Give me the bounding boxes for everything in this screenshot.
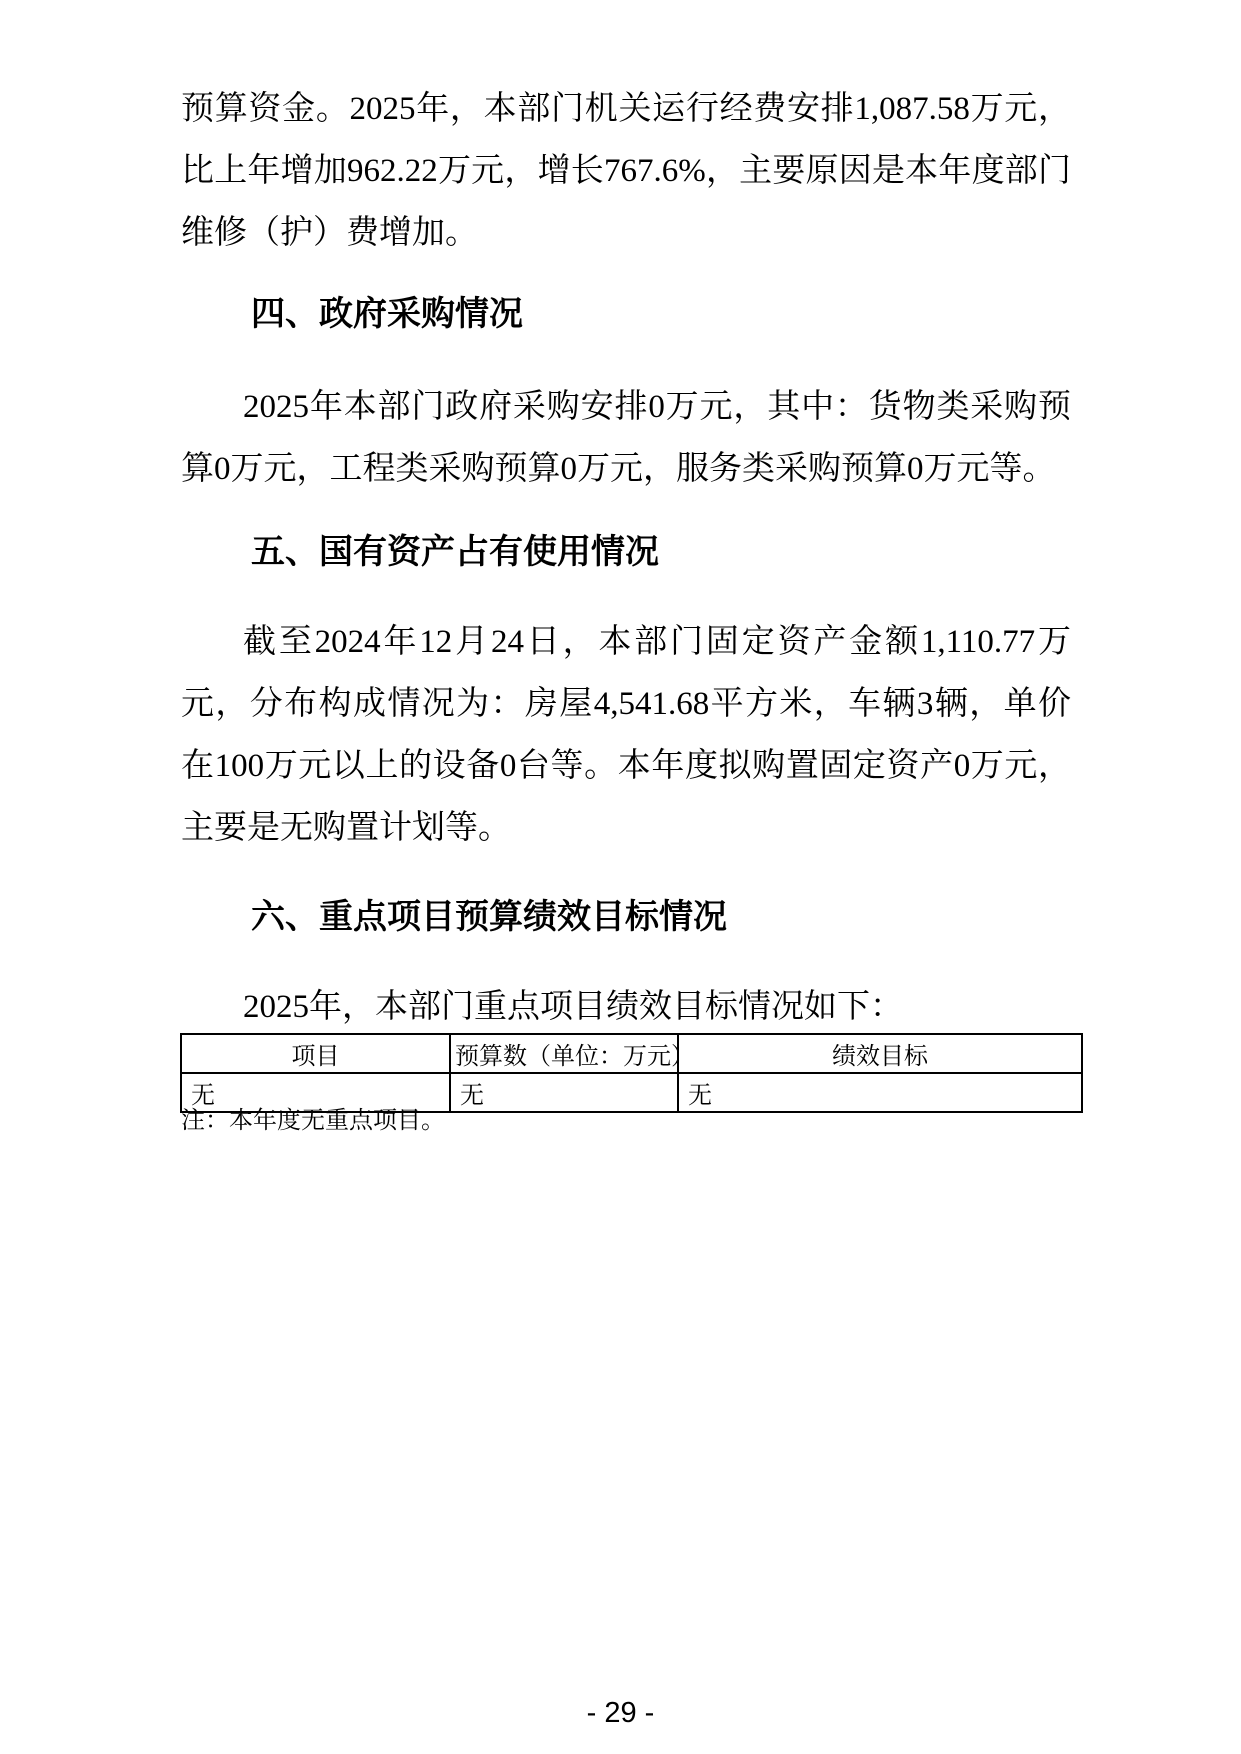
table-header-budget-amount: 预算数（单位：万元）	[450, 1034, 678, 1073]
heading-section-6-key-projects: 六、重点项目预算绩效目标情况	[181, 896, 1071, 938]
paragraph-gov-procurement: 2025年本部门政府采购安排0万元，其中：货物类采购预算0万元，工程类采购预算0…	[181, 376, 1071, 500]
heading-section-5-state-assets: 五、国有资产占有使用情况	[181, 531, 1071, 573]
performance-target-table: 项目 预算数（单位：万元） 绩效目标 无 无 无	[180, 1033, 1083, 1113]
table-header-row: 项目 预算数（单位：万元） 绩效目标	[181, 1034, 1082, 1073]
heading-section-4-gov-procurement: 四、政府采购情况	[181, 293, 1071, 335]
document-page: 预算资金。2025年，本部门机关运行经费安排1,087.58万元，比上年增加96…	[0, 0, 1241, 1754]
paragraph-operating-funds: 预算资金。2025年，本部门机关运行经费安排1,087.58万元，比上年增加96…	[181, 78, 1071, 264]
paragraph-key-projects-intro: 2025年，本部门重点项目绩效目标情况如下：	[181, 976, 1071, 1038]
paragraph-state-assets: 截至2024年12月24日，本部门固定资产金额1,110.77万元，分布构成情况…	[181, 611, 1071, 859]
table-note: 注：本年度无重点项目。	[181, 1106, 1071, 1136]
page-number: - 29 -	[0, 1697, 1241, 1730]
table-header-performance-target: 绩效目标	[678, 1034, 1082, 1073]
table-header-project: 项目	[181, 1034, 450, 1073]
